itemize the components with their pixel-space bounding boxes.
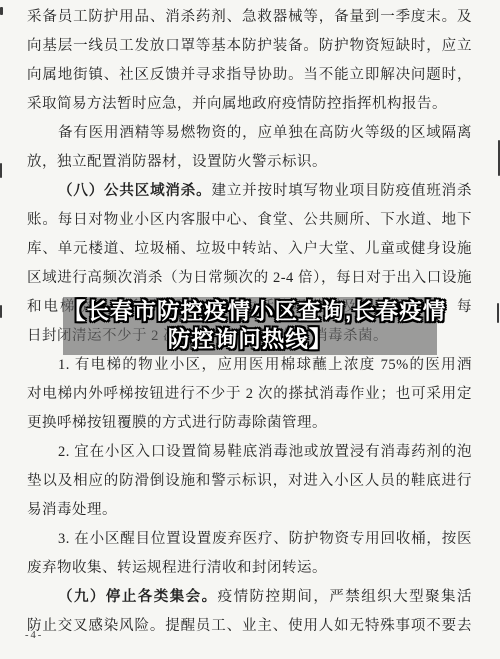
- doc-line: 备有医用酒精等易燃物资的，应单独在高防火等级的区域隔离存: [27, 119, 472, 148]
- doc-text: 3. 在小区醒目位置设置废弃医疗、防护物资专用回收桶，按医疗: [27, 531, 472, 554]
- doc-line: 库、单元楼道、垃圾桶、垃圾中转站、入户大堂、儿童或健身设施等: [27, 235, 472, 264]
- doc-text: 库、单元楼道、垃圾桶、垃圾中转站、入户大堂、儿童或健身设施等: [27, 241, 472, 264]
- doc-text: 向属地街镇、社区反馈并寻求指导协助。当不能立即解决问题时，应: [27, 67, 472, 90]
- doc-line: 区域进行高频次消杀（为日常频次的 2-4 倍），每日对于出入口设施: [27, 264, 472, 293]
- doc-line: 向基层一线员工发放口罩等基本防护装备。防护物资短缺时，应立即: [27, 32, 472, 61]
- scan-artifact: [497, 303, 499, 323]
- scan-artifact: [0, 305, 2, 318]
- doc-line: 废弃物收集、转运规程进行清收和封闭转运。: [27, 554, 472, 583]
- doc-line: 对电梯内外呼梯按钮进行不少于 2 次的搽拭消毒作业；也可采用定时: [27, 380, 472, 409]
- doc-line: （九）停止各类集会。疫情防控期间，严禁组织大型聚集活动，: [27, 583, 472, 612]
- scan-artifact: [0, 163, 2, 178]
- doc-line: 采取简易方法暂时应急，并向属地政府疫情防控指挥机构报告。: [27, 90, 472, 119]
- doc-text: 向基层一线员工发放口罩等基本防护装备。防护物资短缺时，应立即: [27, 38, 472, 61]
- doc-heading-text: （八）公共区域消杀。: [58, 183, 211, 199]
- doc-text: 账。每日对物业小区内客服中心、食堂、公共厕所、下水道、地下车: [27, 212, 472, 235]
- doc-line: 易消毒处理。: [27, 496, 472, 525]
- doc-text: 采取简易方法暂时应急，并向属地政府疫情防控指挥机构报告。: [27, 96, 447, 112]
- doc-text: 垫以及相应的防滑倒设施和警示标识，对进入小区人员的鞋底进行简: [27, 473, 472, 496]
- scanned-document-page: 采备员工防护用品、消杀药剂、急救器械等，备量到一季度末。及时向基层一线员工发放口…: [0, 0, 500, 659]
- doc-text: 易消毒处理。: [27, 502, 117, 518]
- doc-text: 废弃物收集、转运规程进行清收和封闭转运。: [27, 560, 327, 576]
- watermark-line-1: 【长春市防控疫情小区查询,长春疫情: [63, 298, 437, 326]
- doc-line: 更换呼梯按钮覆膜的方式进行防毒除菌管理。: [27, 409, 472, 438]
- doc-text: 更换呼梯按钮覆膜的方式进行防毒除菌管理。: [27, 415, 327, 431]
- doc-line: 采备员工防护用品、消杀药剂、急救器械等，备量到一季度末。及时: [27, 3, 472, 32]
- doc-line: 2. 宜在小区入口设置简易鞋底消毒池或放置浸有消毒药剂的泡沫: [27, 438, 472, 467]
- doc-line: 3. 在小区醒目位置设置废弃医疗、防护物资专用回收桶，按医疗: [27, 525, 472, 554]
- doc-text: 放，独立配置消防器材，设置防火警示标识。: [27, 154, 327, 170]
- doc-line: 账。每日对物业小区内客服中心、食堂、公共厕所、下水道、地下车: [27, 206, 472, 235]
- doc-text: 采备员工防护用品、消杀药剂、急救器械等，备量到一季度末。及时: [27, 9, 472, 32]
- doc-text: 对电梯内外呼梯按钮进行不少于 2 次的搽拭消毒作业；也可采用定时: [27, 386, 472, 409]
- doc-text: 备有医用酒精等易燃物资的，应单独在高防火等级的区域隔离存: [27, 125, 472, 148]
- doc-text: 防止交叉感染风险。提醒员工、业主、使用人如无特殊事项不要去疫: [27, 618, 472, 641]
- watermark-overlay: 【长春市防控疫情小区查询,长春疫情 防控询问热线】: [63, 297, 437, 355]
- doc-line: 向属地街镇、社区反馈并寻求指导协助。当不能立即解决问题时，应: [27, 61, 472, 90]
- doc-text: 1. 有电梯的物业小区，应用医用棉球蘸上浓度 75%的医用酒精，: [27, 357, 472, 380]
- doc-line: 防止交叉感染风险。提醒员工、业主、使用人如无特殊事项不要去疫: [27, 612, 472, 641]
- page-number: -4-: [25, 630, 43, 641]
- doc-line: （八）公共区域消杀。建立并按时填写物业项目防疫值班消杀台: [27, 177, 472, 206]
- doc-line: 垫以及相应的防滑倒设施和警示标识，对进入小区人员的鞋底进行简: [27, 467, 472, 496]
- doc-heading-text: （九）停止各类集会。: [58, 589, 218, 605]
- scan-artifact: [0, 7, 3, 15]
- watermark-line-2: 防控询问热线】: [63, 326, 437, 354]
- doc-line: 1. 有电梯的物业小区，应用医用棉球蘸上浓度 75%的医用酒精，: [27, 351, 472, 380]
- doc-text: 区域进行高频次消杀（为日常频次的 2-4 倍），每日对于出入口设施: [27, 270, 472, 286]
- doc-line: 放，独立配置消防器材，设置防火警示标识。: [27, 148, 472, 177]
- doc-text: 2. 宜在小区入口设置简易鞋底消毒池或放置浸有消毒药剂的泡沫: [27, 444, 472, 467]
